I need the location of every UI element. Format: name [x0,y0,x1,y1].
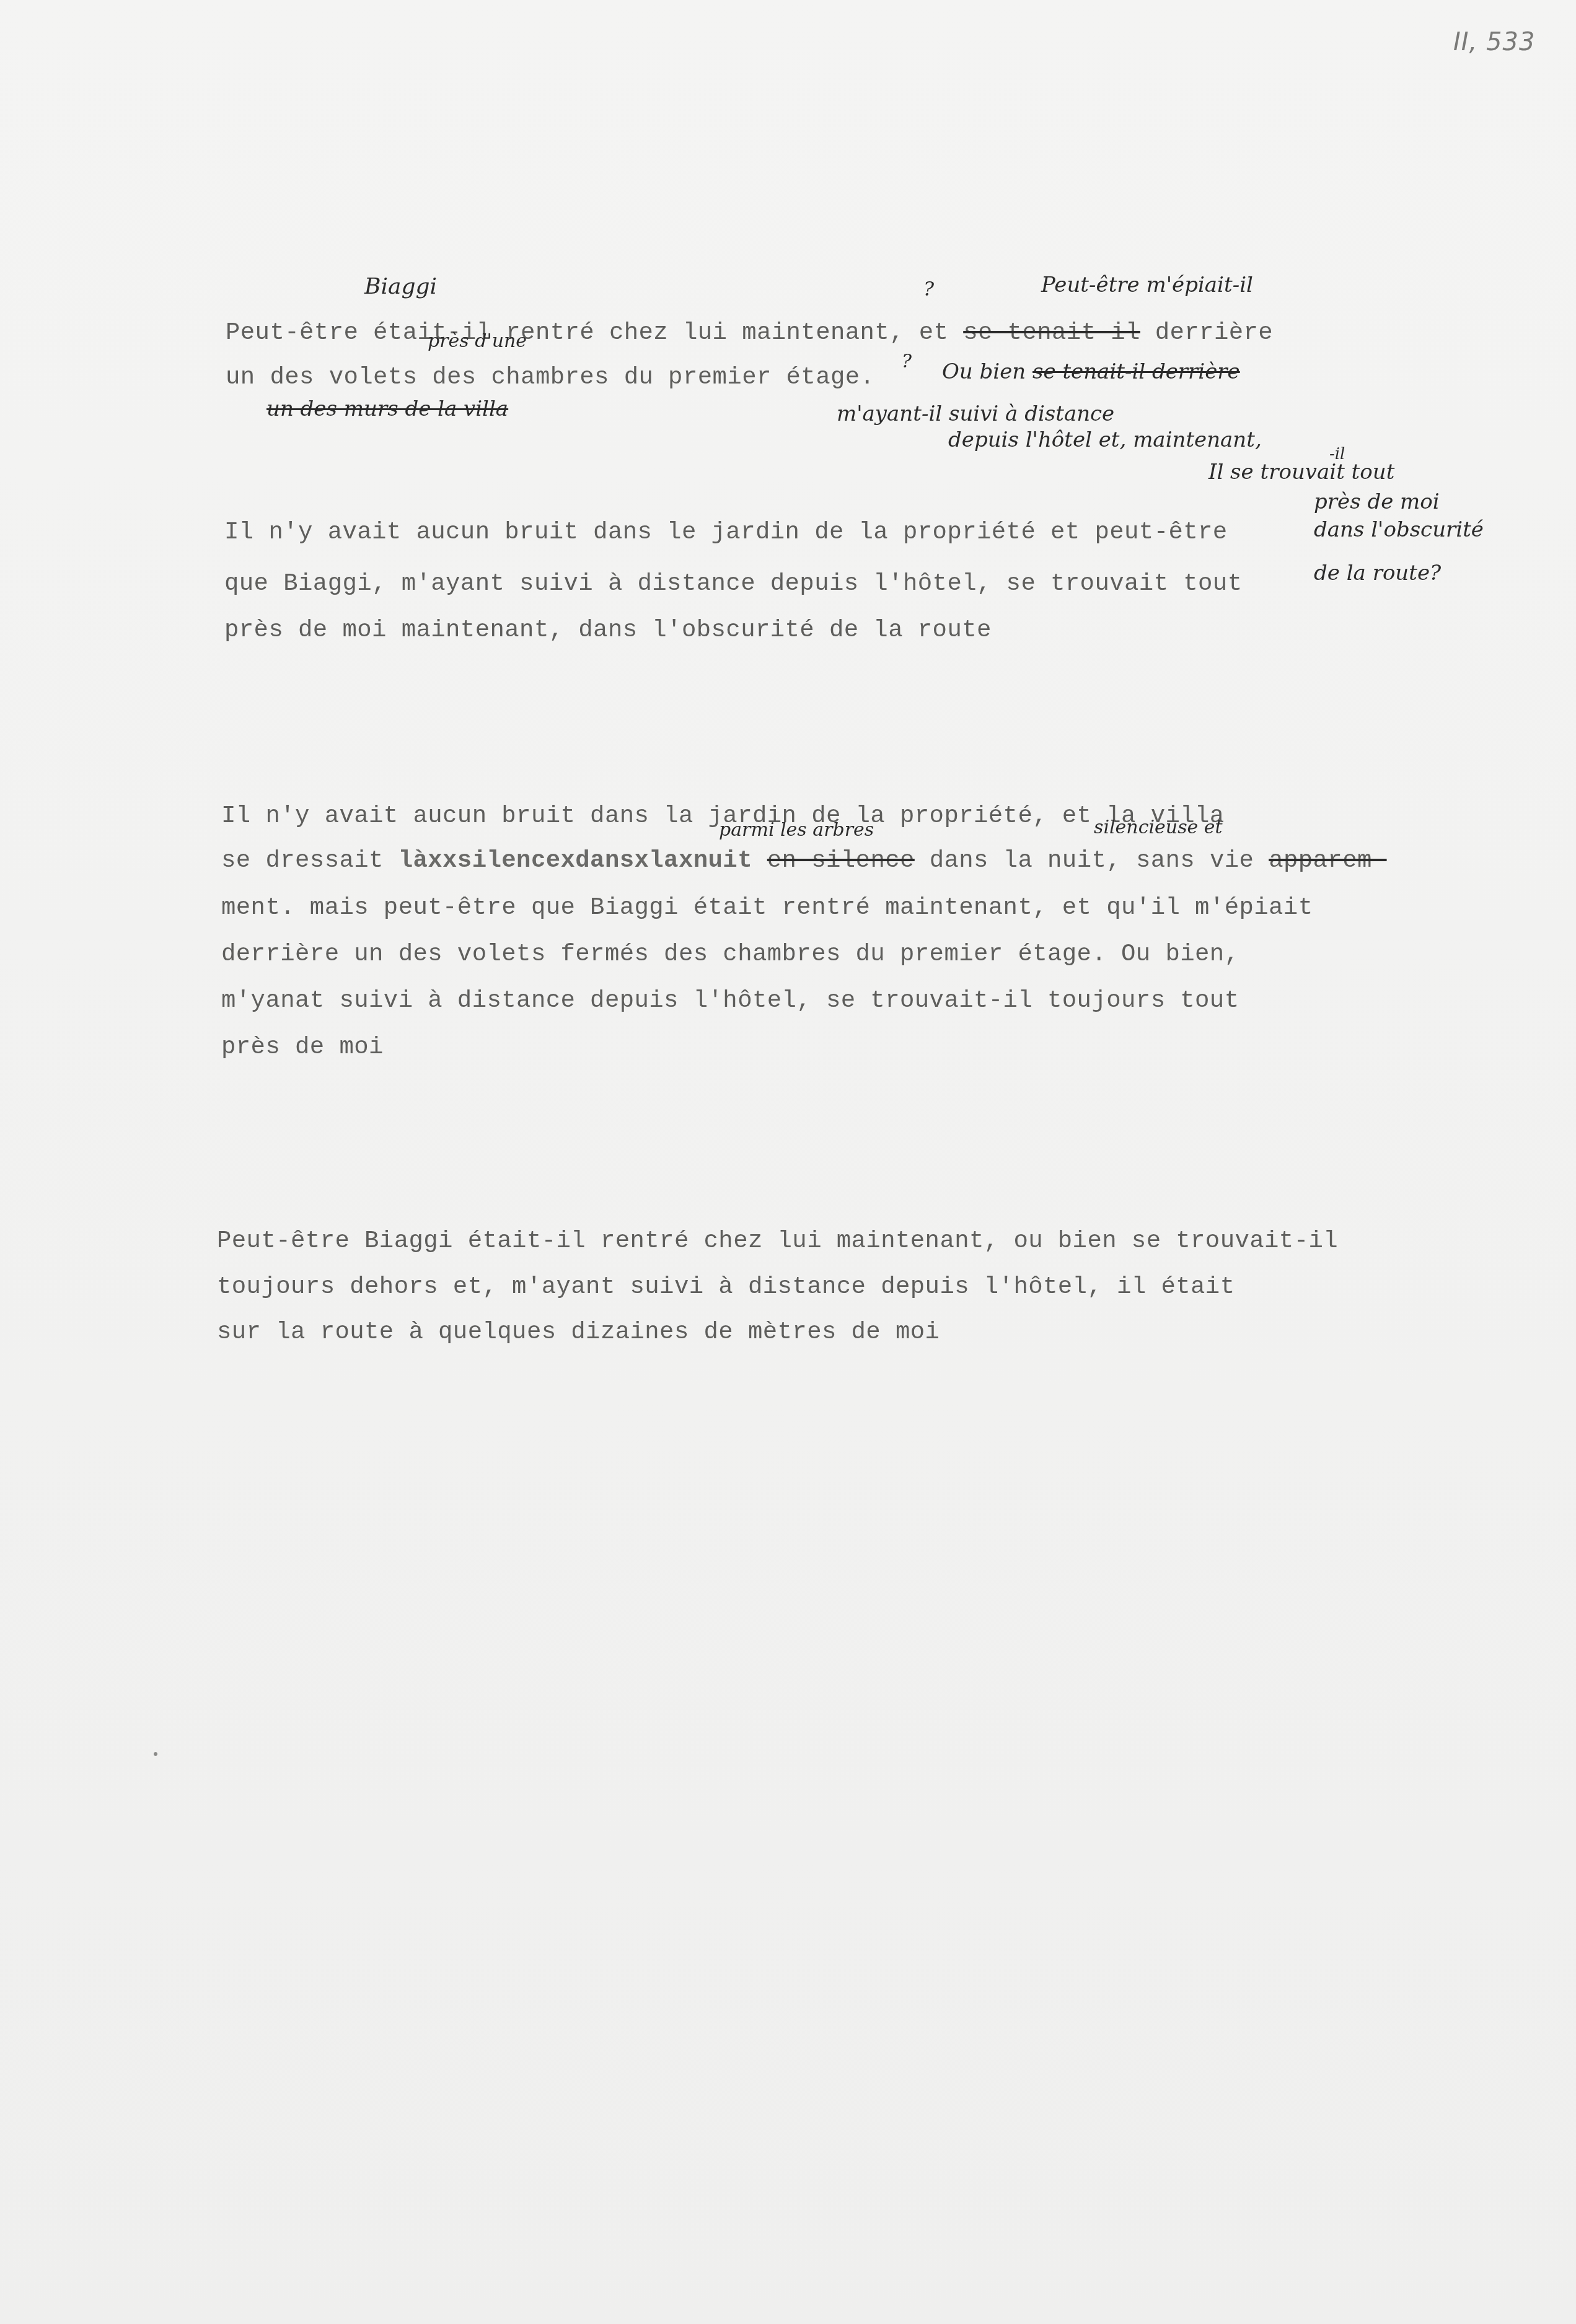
annotation-margin-4: Il se trouvait tout [1208,460,1394,485]
annotation-silencieuse-et: silencieuse et [1094,817,1223,838]
draft-3-struck-en-silence: en silence [767,847,915,874]
draft-3-line-2: se dressait làxxsilencexdansxlaxnuit en … [221,838,1387,884]
draft-3-line-2-mid: dans la nuit, [930,847,1121,874]
draft-1-line-2: un des volets des chambres du premier ét… [226,354,874,400]
draft-3-line-5: m'yanat suivi à distance depuis l'hôtel,… [221,978,1239,1024]
annotation-struck-murs-villa: un des murs de la villa [266,397,508,421]
draft-3-line-4: derrière un des volets fermés des chambr… [221,931,1239,977]
draft-3-line-2-start: se dressait [221,847,384,874]
draft-3-line-2-plain: sans vie [1136,847,1254,874]
annotation-pres-dune: près d'une [428,330,527,352]
annotation-margin-3: depuis l'hôtel et, maintenant, [948,428,1262,452]
manuscript-page: II, 533 Biaggi ? Peut-être m'épiait-il P… [0,0,1576,2324]
annotation-struck-se-tenait: se tenait-il derrière [1032,359,1240,384]
draft-1-line-1-text: Peut-être était-il rentré chez lui maint… [226,319,948,346]
annotation-biaggi: Biaggi [364,274,437,299]
annotation-peut-etre-mepiait: Peut-être m'épiait-il [1041,273,1253,297]
draft-4-line-3: sur la route à quelques dizaines de mètr… [217,1309,940,1355]
draft-2-line-3: près de moi maintenant, dans l'obscurité… [224,607,992,653]
draft-4-line-1: Peut-être Biaggi était-il rentré chez lu… [217,1218,1338,1264]
annotation-question-mark-2: ? [902,351,912,372]
draft-2-line-2: que Biaggi, m'ayant suivi à distance dep… [224,561,1242,607]
draft-1-struck-text: se tenait-il [963,319,1140,346]
annotation-margin-2: m'ayant-il suivi à distance [837,401,1114,426]
draft-3-struck-apparem: apparem- [1269,847,1386,874]
paper-speck [154,1752,157,1756]
draft-3-xout-text: làxxsilencexdansxlaxnuit [398,847,752,874]
draft-4-line-2: toujours dehors et, m'ayant suivi à dist… [217,1264,1235,1310]
draft-2-line-1: Il n'y avait aucun bruit dans le jardin … [224,509,1228,555]
draft-3-line-6: près de moi [221,1024,384,1070]
annotation-ou-bien-text: Ou bien [942,359,1026,384]
annotation-margin-5: près de moi [1314,489,1440,514]
annotation-ou-bien: Ou bien se tenait-il derrière [942,359,1240,384]
draft-1-line-1-end: derrière [1155,319,1273,346]
draft-3-line-3: ment. mais peut-être que Biaggi était re… [221,885,1313,931]
annotation-margin-7: de la route? [1314,561,1441,585]
draft-1-line-1: Peut-être était-il rentré chez lui maint… [226,310,1273,356]
annotation-margin-6: dans l'obscurité [1314,517,1484,542]
folio-number: II, 533 [1453,28,1535,56]
annotation-question-mark: ? [923,277,934,300]
